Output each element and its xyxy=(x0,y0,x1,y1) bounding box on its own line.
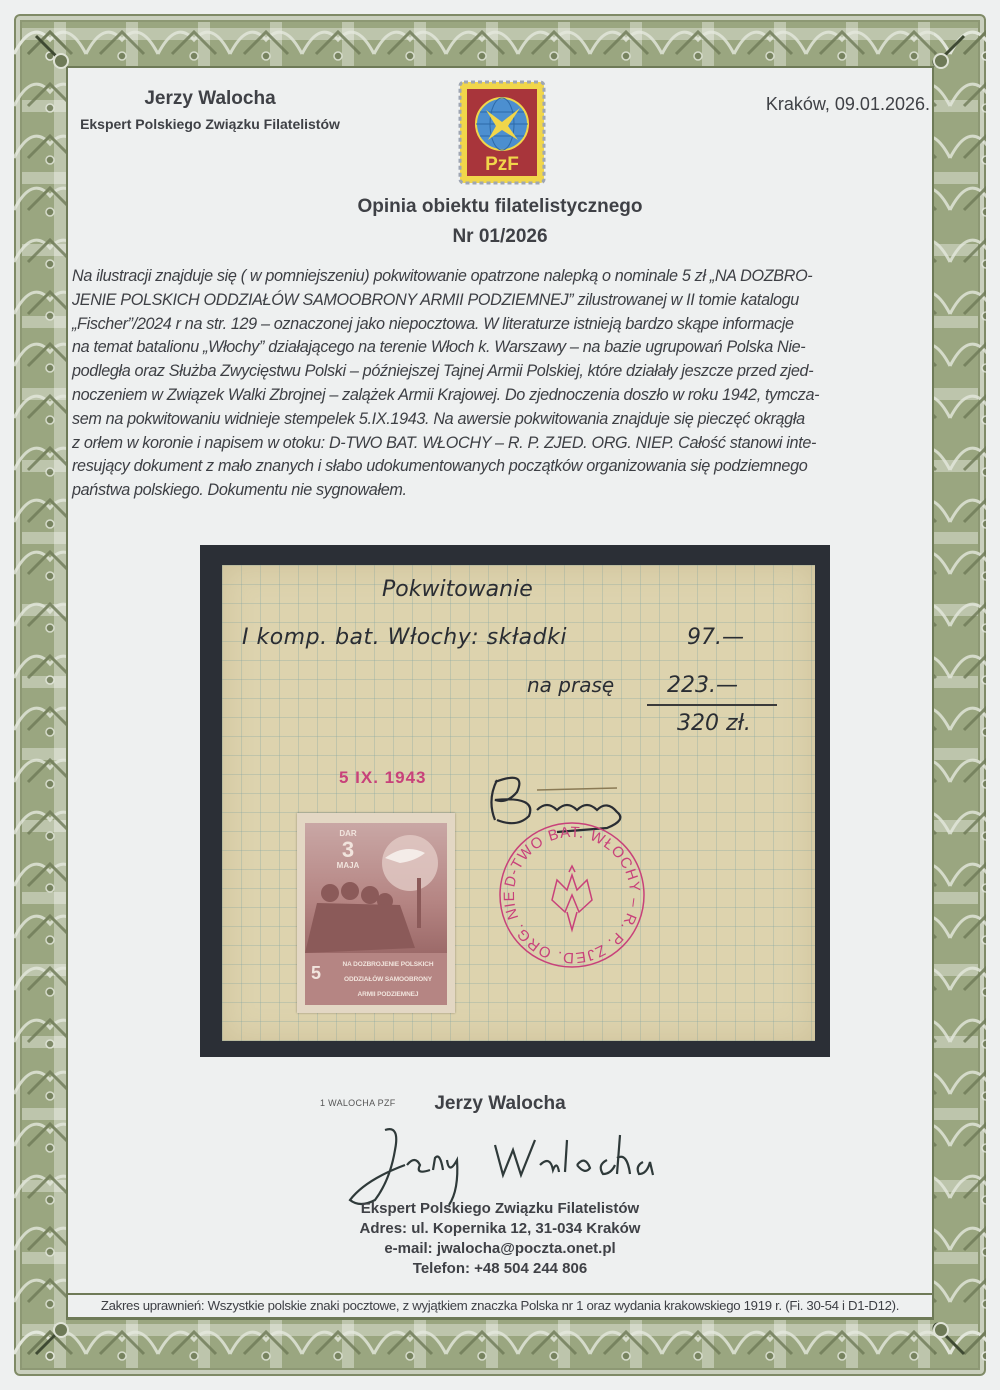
receipt-heading: Pokwitowanie xyxy=(382,577,533,602)
body-line: z orłem w koronie i napisem w otoku: D-T… xyxy=(72,432,934,456)
signatory-title: Ekspert Polskiego Związku Filatelistów xyxy=(0,1199,1000,1219)
stamp-dar-label: DAR 3 MAJA xyxy=(327,829,369,871)
receipt-line-1: I komp. bat. Włochy: składki xyxy=(242,625,567,650)
receipt-amount-1: 97.— xyxy=(687,625,744,650)
contact-block: Ekspert Polskiego Związku Filatelistów A… xyxy=(0,1199,1000,1279)
signatory-name: Jerzy Walocha xyxy=(0,1093,1000,1115)
address: Adres: ul. Kopernika 12, 31-034 Kraków xyxy=(0,1219,1000,1239)
body-line: podległa oraz Służba Zwycięstwu Polski –… xyxy=(72,360,934,384)
round-seal: D-TWO BAT. WŁOCHY – R. P. ZJED. ORG. NIE… xyxy=(497,820,647,970)
place-date: Kraków, 09.01.2026. xyxy=(766,94,930,115)
stamp-scene: DAR 3 MAJA xyxy=(305,823,447,953)
document-title-block: Opinia obiektu filatelistycznego Nr 01/2… xyxy=(0,192,1000,252)
corner-ornament xyxy=(53,1322,69,1338)
body-line: państwa polskiego. Dokumentu nie sygnowa… xyxy=(72,479,934,503)
body-line: JENIE POLSKICH ODDZIAŁÓW SAMOOBRONY ARMI… xyxy=(72,289,934,313)
signatory-name-block: Jerzy Walocha xyxy=(0,1093,1000,1115)
stamp-face-value: 5 xyxy=(305,955,327,1005)
expert-signature xyxy=(345,1120,675,1210)
document-number: Nr 01/2026 xyxy=(0,222,1000,252)
expert-title: Ekspert Polskiego Związku Filatelistów xyxy=(60,116,360,132)
charity-stamp: DAR 3 MAJA 5 NA DOZBROJENIE POLSKICH ODD… xyxy=(297,813,455,1013)
body-line: Na ilustracji znajduje się ( w pomniejsz… xyxy=(72,265,934,289)
date-stamp: 5 IX. 1943 xyxy=(339,768,427,788)
corner-ornament xyxy=(933,53,949,69)
body-line: „Fischer”/2024 r na str. 129 – oznaczone… xyxy=(72,313,934,337)
receipt-total: 320 zł. xyxy=(677,711,751,736)
eagle-icon xyxy=(552,866,592,930)
document-title: Opinia obiektu filatelistycznego xyxy=(0,192,1000,222)
expert-header: Jerzy Walocha Ekspert Polskiego Związku … xyxy=(60,88,360,132)
receipt-amount-2: 223.— xyxy=(667,673,738,698)
stamp-caption: NA DOZBROJENIE POLSKICH ODDZIAŁÓW SAMOOB… xyxy=(329,957,447,1002)
pzf-logo-icon: PzF xyxy=(458,80,546,185)
email: e-mail: jwalocha@poczta.onet.pl xyxy=(0,1239,1000,1259)
sum-rule xyxy=(647,704,777,706)
phone: Telefon: +48 504 244 806 xyxy=(0,1259,1000,1279)
corner-ornament xyxy=(933,1322,949,1338)
authorization-scope: Zakres uprawnień: Wszystkie polskie znak… xyxy=(66,1293,934,1319)
stamp-design: DAR 3 MAJA 5 NA DOZBROJENIE POLSKICH ODD… xyxy=(305,823,447,1005)
body-line: noczeniem w Związek Walki Zbrojnej – zal… xyxy=(72,384,934,408)
body-line: resujący dokument z mało znanych i słabo… xyxy=(72,455,934,479)
expert-name: Jerzy Walocha xyxy=(60,88,360,110)
corner-ornament xyxy=(53,53,69,69)
svg-text:PzF: PzF xyxy=(485,154,519,175)
receipt-line-2: na prasę xyxy=(527,673,614,697)
opinion-body-text: Na ilustracji znajduje się ( w pomniejsz… xyxy=(72,265,934,503)
body-line: na temat batalionu „Włochy” działającego… xyxy=(72,336,934,360)
receipt-photo: Pokwitowanie I komp. bat. Włochy: składk… xyxy=(222,565,815,1041)
body-line: sem na pokwitowaniu widnieje stempelek 5… xyxy=(72,408,934,432)
